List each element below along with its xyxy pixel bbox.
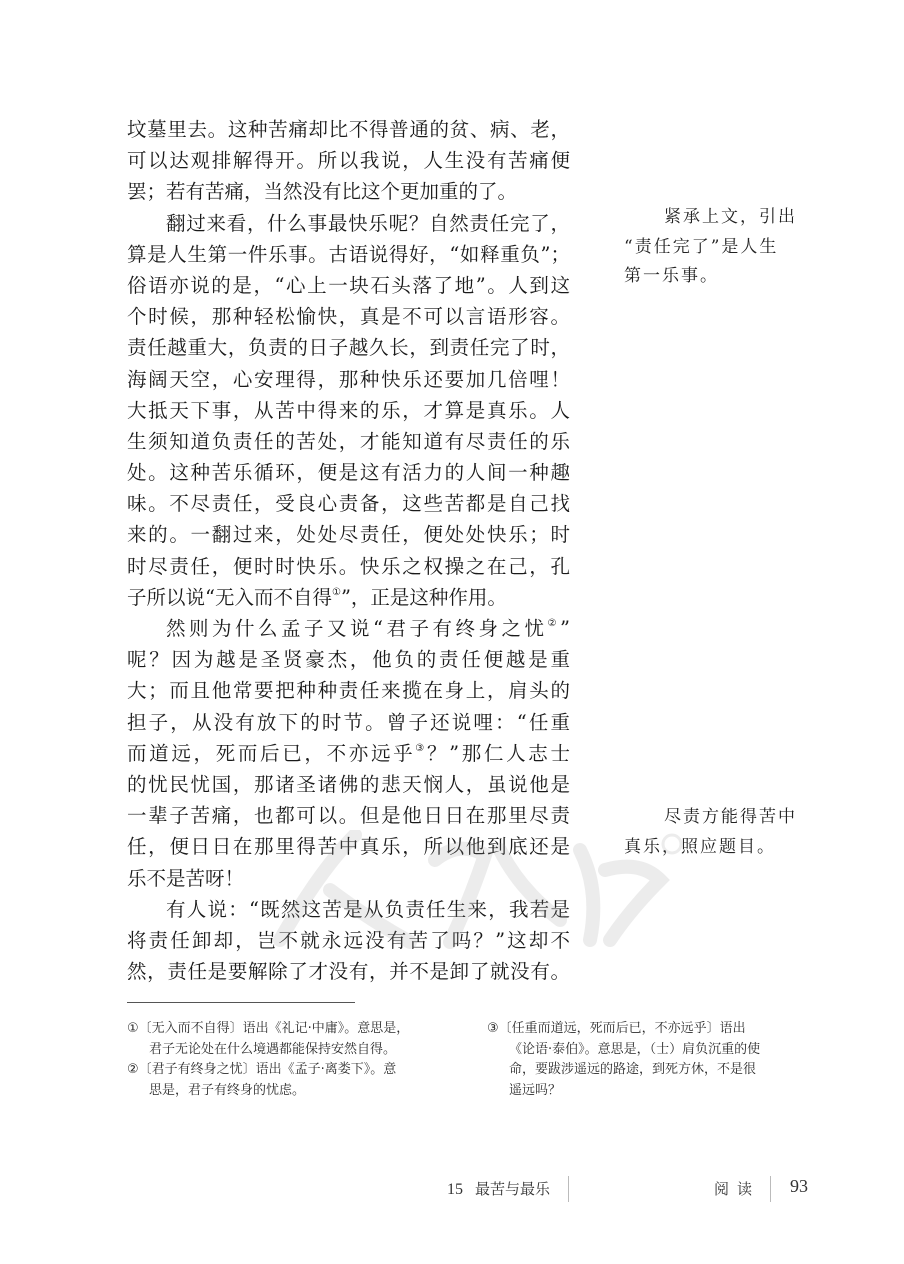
body-line: 罢；若有苦痛，当然没有比这个更加重的了。 [127, 176, 570, 207]
body-line: 任，便日日在那里得苦中真乐，所以他到底还是 [127, 831, 570, 862]
body-line: 坟墓里去。这种苦痛却比不得普通的贫、病、老， [127, 114, 570, 145]
margin-note-line: 第一乐事。 [624, 262, 810, 292]
body-line: 的忧民忧国，那诸圣诸佛的悲天悯人，虽说他是 [127, 769, 570, 800]
body-line: 一辈子苦痛，也都可以。但是他日日在那里尽责 [127, 800, 570, 831]
footnote-line: 《论语·泰伯》。意思是，（士）肩负沉重的使 [487, 1040, 817, 1061]
margin-note-2: 尽责方能得苦中 真乐，照应题目。 [624, 803, 810, 862]
footnote-line: ①〔无入而不自得〕语出《礼记·中庸》。意思是， [127, 1019, 462, 1040]
body-line: 责任越重大，负责的日子越久长，到责任完了时， [127, 332, 570, 363]
lesson-number: 15 [447, 1181, 463, 1198]
footnote-2: ②〔君子有终身之忧〕语出《孟子·离娄下》。意 思是，君子有终身的忧虑。 [127, 1060, 462, 1101]
body-line-text: ”，正是这种作用。 [341, 586, 507, 609]
footnote-1: ①〔无入而不自得〕语出《礼记·中庸》。意思是， 君子无论处在什么境遇都能保持安然… [127, 1019, 462, 1060]
body-line: 个时候，那种轻松愉快，真是不可以言语形容。 [127, 301, 570, 332]
margin-note-line: 真乐，照应题目。 [624, 833, 810, 863]
footer-divider [770, 1176, 771, 1202]
margin-note-line: 紧承上文，引出 [624, 203, 810, 233]
footnote-ref-3[interactable]: ③ [415, 743, 427, 754]
body-line: 时尽责任，便时时快乐。快乐之权操之在己，孔 [127, 551, 570, 582]
margin-note-line: “责任完了”是人生 [624, 233, 810, 263]
body-line: 算是人生第一件乐事。古语说得好，“如释重负”； [127, 239, 570, 270]
footnote-line: ③〔任重而道远，死而后已，不亦远乎〕语出 [487, 1019, 817, 1040]
body-line: 处。这种苦乐循环，便是这有活力的人间一种趣 [127, 457, 570, 488]
body-line: 子所以说“无入而不自得①”，正是这种作用。 [127, 582, 570, 613]
body-line-text: 然则为什么孟子又说“君子有终身之忧 [166, 617, 548, 640]
body-line: 翻过来看，什么事最快乐呢？自然责任完了， [127, 208, 570, 239]
section-label: 阅读 [714, 1178, 760, 1199]
footnote-line: 君子无论处在什么境遇都能保持安然自得。 [127, 1040, 462, 1061]
body-line: 将责任卸却，岂不就永远没有苦了吗？”这却不 [127, 925, 570, 956]
body-line: 俗语亦说的是，“心上一块石头落了地”。人到这 [127, 270, 570, 301]
body-line: 可以达观排解得开。所以我说，人生没有苦痛便 [127, 145, 570, 176]
footnote-ref-1[interactable]: ① [332, 587, 341, 598]
footer-divider [568, 1176, 569, 1202]
body-line: 来的。一翻过来，处处尽责任，便处处快乐；时 [127, 519, 570, 550]
body-line: 大抵天下事，从苦中得来的乐，才算是真乐。人 [127, 395, 570, 426]
margin-note-line: 尽责方能得苦中 [624, 803, 810, 833]
footnote-divider [127, 1002, 355, 1003]
body-line: 味。不尽责任，受良心责备，这些苦都是自己找 [127, 488, 570, 519]
footnotes-left-column: ①〔无入而不自得〕语出《礼记·中庸》。意思是， 君子无论处在什么境遇都能保持安然… [127, 1019, 462, 1101]
page-footer: 15最苦与最乐 阅读 93 [0, 1176, 904, 1206]
margin-note-1: 紧承上文，引出 “责任完了”是人生 第一乐事。 [624, 203, 810, 292]
body-line: 有人说：“既然这苦是从负责任生来，我若是 [127, 894, 570, 925]
footnote-line: 遥远吗？ [487, 1081, 817, 1102]
body-line: 乐不是苦呀！ [127, 863, 570, 894]
footnote-line: 思是，君子有终身的忧虑。 [127, 1081, 462, 1102]
footnote-ref-2[interactable]: ② [548, 618, 560, 629]
body-line-text: ？”那仁人志士 [427, 742, 570, 765]
footnote-3: ③〔任重而道远，死而后已，不亦远乎〕语出 《论语·泰伯》。意思是，（士）肩负沉重… [487, 1019, 817, 1101]
footnote-line: 命，要跋涉遥远的路途，到死方休，不是很 [487, 1060, 817, 1081]
footnotes-right-column: ③〔任重而道远，死而后已，不亦远乎〕语出 《论语·泰伯》。意思是，（士）肩负沉重… [487, 1019, 817, 1101]
body-line: 担子，从没有放下的时节。曾子还说哩：“任重 [127, 707, 570, 738]
body-line: 海阔天空，心安理得，那种快乐还要加几倍哩！ [127, 364, 570, 395]
footnote-line: ②〔君子有终身之忧〕语出《孟子·离娄下》。意 [127, 1060, 462, 1081]
body-line: 大；而且他常要把种种责任来揽在身上，肩头的 [127, 675, 570, 706]
body-line-text: 子所以说“无入而不自得 [127, 586, 332, 609]
body-line-text: 而道远，死而后已，不亦远乎 [127, 742, 415, 765]
page-number: 93 [790, 1176, 808, 1197]
body-text: 坟墓里去。这种苦痛却比不得普通的贫、病、老， 可以达观排解得开。所以我说，人生没… [127, 114, 570, 987]
lesson-title: 最苦与最乐 [475, 1180, 550, 1198]
body-line: 呢？因为越是圣贤豪杰，他负的责任便越是重 [127, 644, 570, 675]
lesson-label: 15最苦与最乐 [447, 1178, 550, 1199]
body-line: 生须知道负责任的苦处，才能知道有尽责任的乐 [127, 426, 570, 457]
body-line: 然则为什么孟子又说“君子有终身之忧②” [127, 613, 570, 644]
body-line-text: ” [560, 617, 570, 640]
body-line: 而道远，死而后已，不亦远乎③？”那仁人志士 [127, 738, 570, 769]
body-line: 然，责任是要解除了才没有，并不是卸了就没有。 [127, 956, 570, 987]
